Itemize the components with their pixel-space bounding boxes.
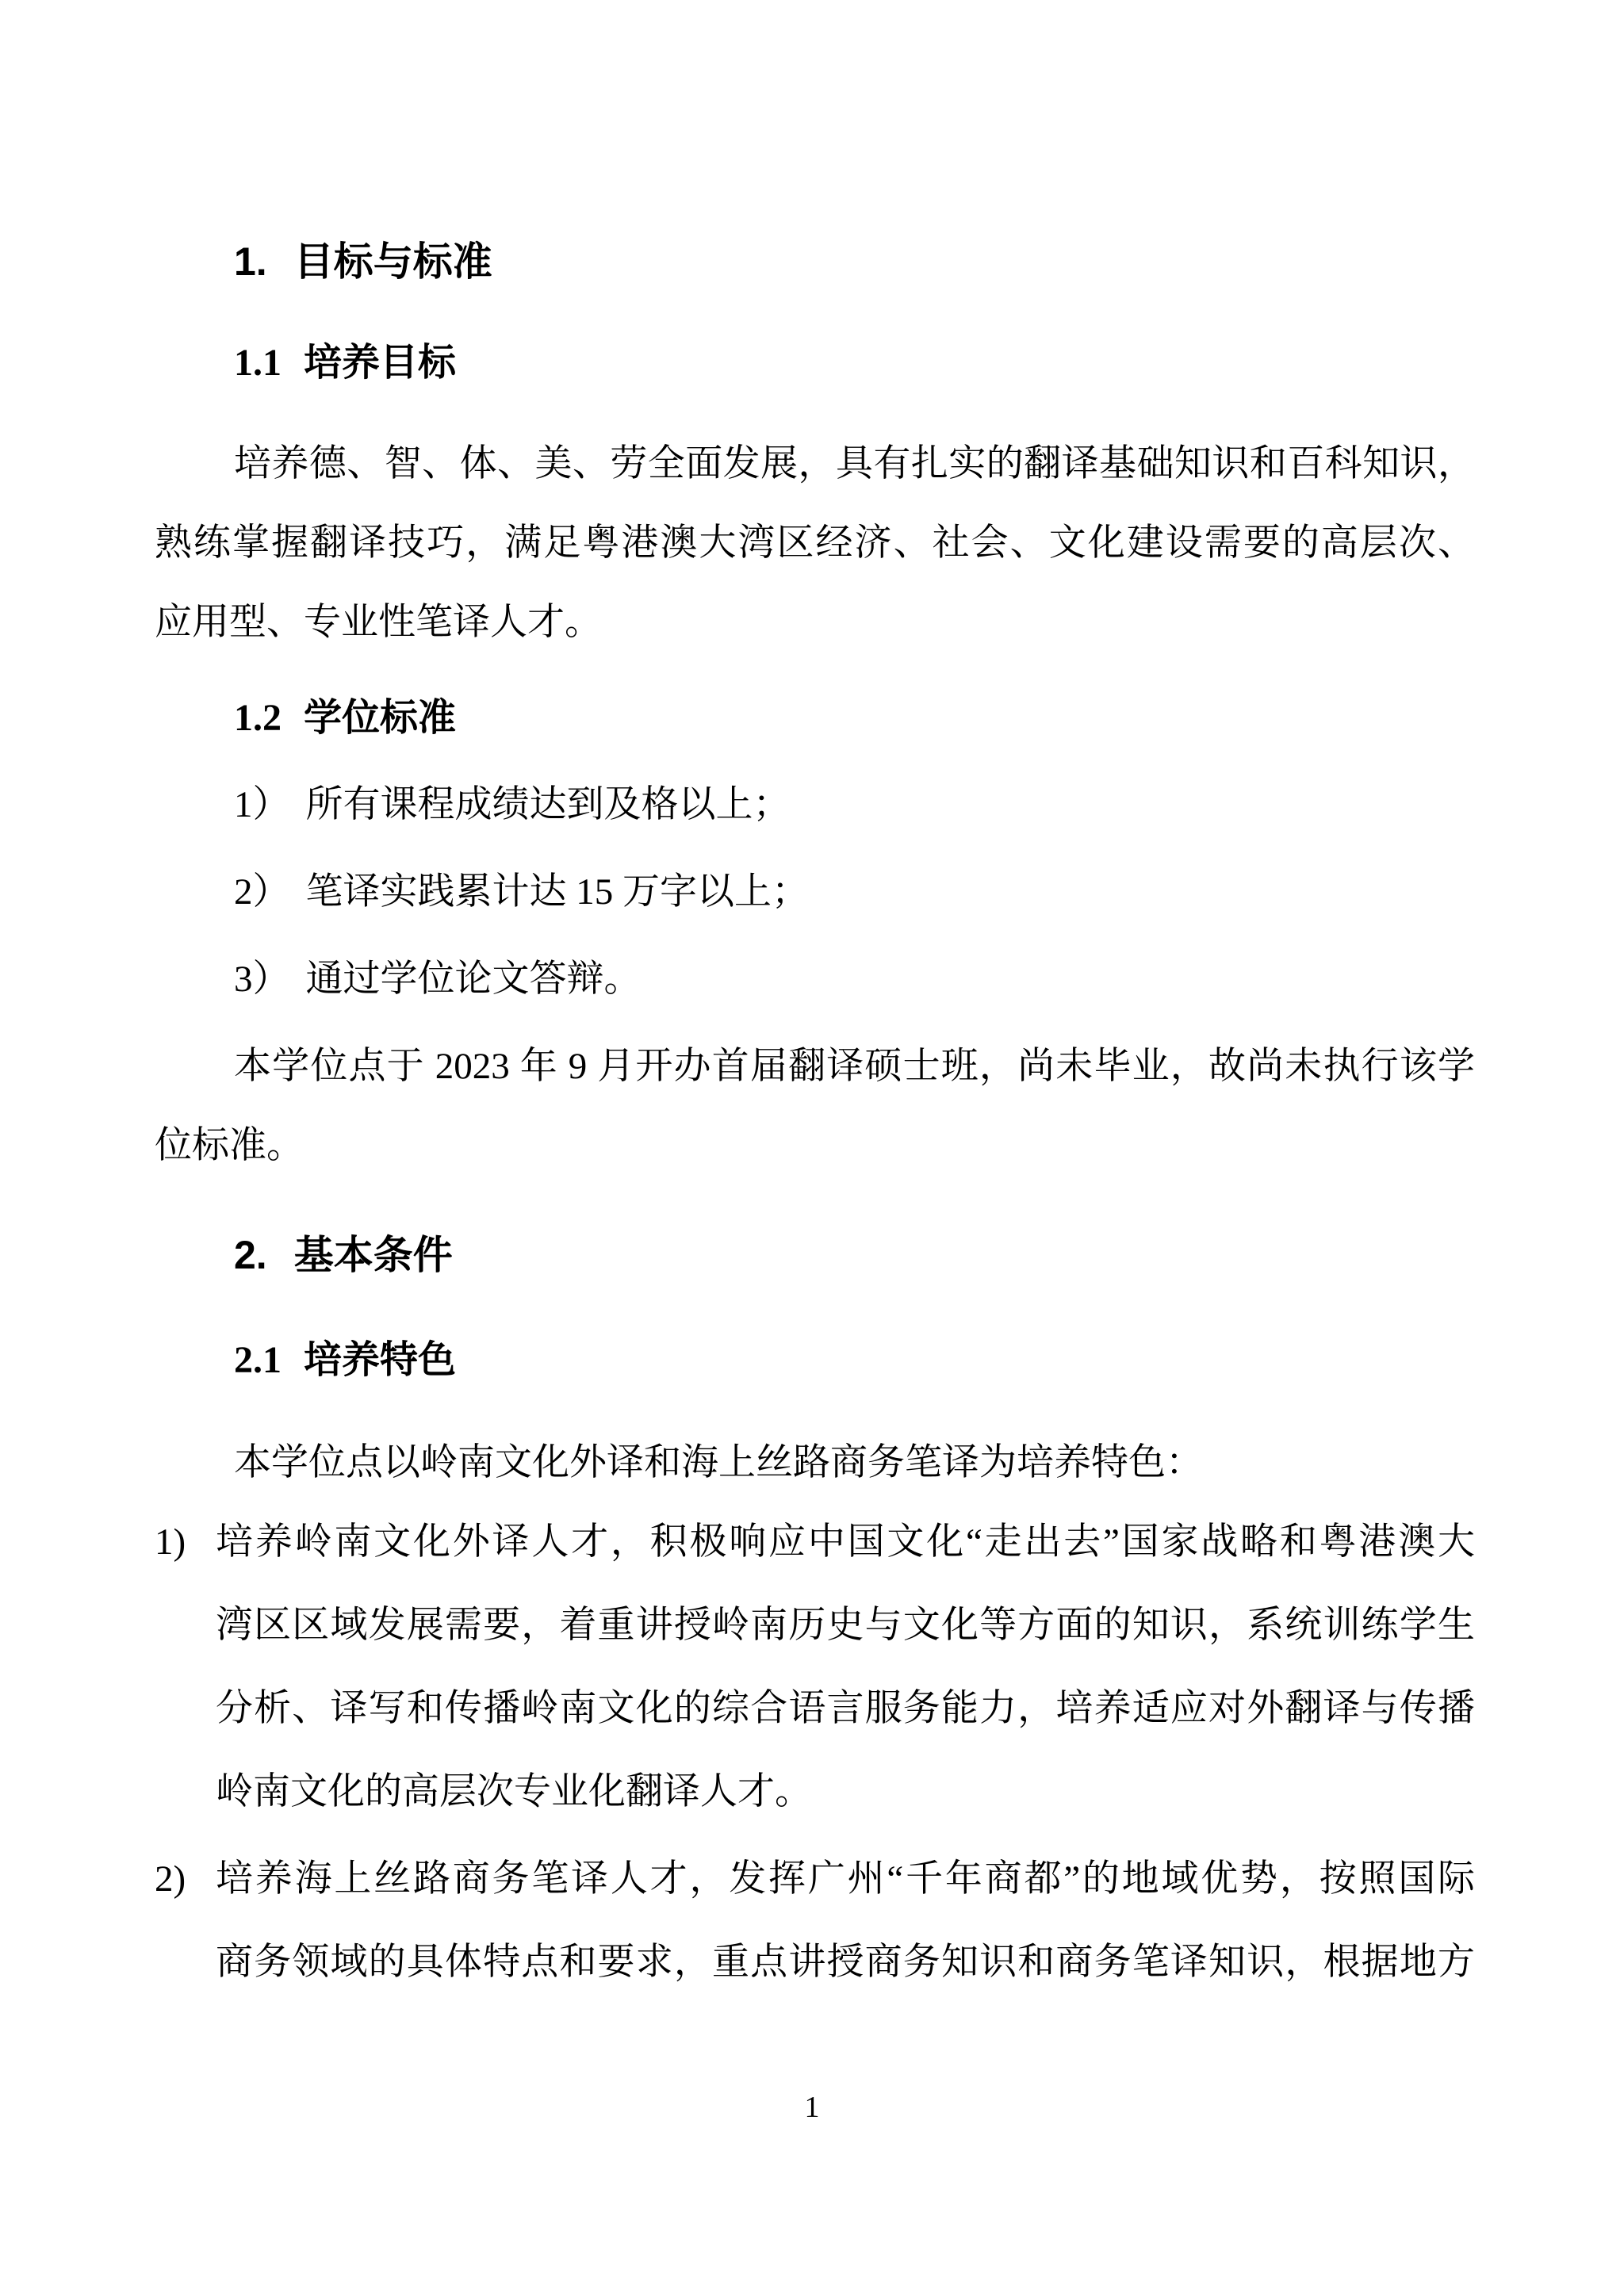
feature-item-2: 2) 培养海上丝路商务笔译人才，发挥广州“千年商都”的地域优势，按照国际 商务领… (155, 1838, 1475, 2004)
page-number: 1 (0, 2091, 1624, 2123)
subheading-number: 1.2 (234, 697, 282, 739)
paragraph-line: 位标准。 (155, 1106, 1475, 1185)
feature-item-line: 岭南文化的高层次专业化翻译人才。 (155, 1751, 1475, 1834)
feature-item-line: 培养海上丝路商务笔译人才，发挥广州“千年商都”的地域优势，按照国际 (155, 1838, 1475, 1921)
paragraph-line: 培养德、智、体、美、劳全面发展，具有扎实的翻译基础知识和百科知识， (155, 424, 1475, 503)
list-item: 2）笔译实践累计达 15 万字以上； (155, 848, 1475, 936)
heading-text: 基本条件 (294, 1233, 453, 1277)
heading-text: 目标与标准 (294, 239, 492, 284)
list-item-number: 2） (234, 871, 290, 913)
subheading-number: 2.1 (234, 1339, 282, 1381)
list-item-number: 1） (234, 784, 290, 825)
feature-item-line: 分析、译写和传播岭南文化的综合语言服务能力，培养适应对外翻译与传播 (155, 1667, 1475, 1751)
list-item-number: 3） (234, 959, 290, 1000)
paragraph-training-objectives: 培养德、智、体、美、劳全面发展，具有扎实的翻译基础知识和百科知识， 熟练掌握翻译… (155, 424, 1475, 662)
subheading-number: 1.1 (234, 342, 282, 384)
list-item-text: 所有课程成绩达到及格以上； (306, 784, 791, 825)
paragraph-line: 熟练掌握翻译技巧，满足粤港澳大湾区经济、社会、文化建设需要的高层次、 (155, 503, 1475, 583)
paragraph-line: 本学位点以岭南文化外译和海上丝路商务笔译为培养特色： (155, 1423, 1475, 1502)
list-item: 1）所有课程成绩达到及格以上； (155, 761, 1475, 848)
feature-item-1: 1) 培养岭南文化外译人才，积极响应中国文化“走出去”国家战略和粤港澳大 湾区区… (155, 1501, 1475, 1834)
subheading-training-features: 2.1培养特色 (155, 1337, 1475, 1384)
feature-item-line: 商务领域的具体特点和要求，重点讲授商务知识和商务笔译知识，根据地方 (155, 1921, 1475, 2004)
heading-number: 2. (234, 1233, 267, 1277)
feature-item-number: 1) (155, 1501, 186, 1584)
feature-item-number: 2) (155, 1838, 186, 1921)
degree-requirements-list: 1）所有课程成绩达到及格以上； 2）笔译实践累计达 15 万字以上； 3）通过学… (155, 761, 1475, 1023)
paragraph-features-intro: 本学位点以岭南文化外译和海上丝路商务笔译为培养特色： (155, 1423, 1475, 1502)
paragraph-line: 本学位点于 2023 年 9 月开办首届翻译硕士班，尚未毕业，故尚未执行该学 (155, 1027, 1475, 1106)
subheading-text: 培养特色 (304, 1339, 456, 1381)
subheading-text: 学位标准 (304, 697, 456, 739)
list-item-text: 笔译实践累计达 15 万字以上； (306, 871, 810, 913)
paragraph-line: 应用型、专业性笔译人才。 (155, 583, 1475, 662)
feature-item-line: 培养岭南文化外译人才，积极响应中国文化“走出去”国家战略和粤港澳大 (155, 1501, 1475, 1584)
subheading-text: 培养目标 (304, 342, 456, 384)
list-item-text: 通过学位论文答辩。 (306, 959, 642, 1000)
paragraph-degree-note: 本学位点于 2023 年 9 月开办首届翻译硕士班，尚未毕业，故尚未执行该学 位… (155, 1027, 1475, 1185)
subheading-training-objectives: 1.1培养目标 (155, 339, 1475, 387)
subheading-degree-standards: 1.2学位标准 (155, 695, 1475, 742)
list-item: 3）通过学位论文答辩。 (155, 936, 1475, 1023)
heading-basic-conditions: 2.基本条件 (155, 1231, 1475, 1279)
feature-item-line: 湾区区域发展需要，着重讲授岭南历史与文化等方面的知识，系统训练学生 (155, 1584, 1475, 1667)
heading-number: 1. (234, 239, 267, 284)
heading-goals-and-standards: 1.目标与标准 (155, 238, 1475, 285)
document-page: 1.目标与标准 1.1培养目标 培养德、智、体、美、劳全面发展，具有扎实的翻译基… (0, 0, 1624, 2296)
